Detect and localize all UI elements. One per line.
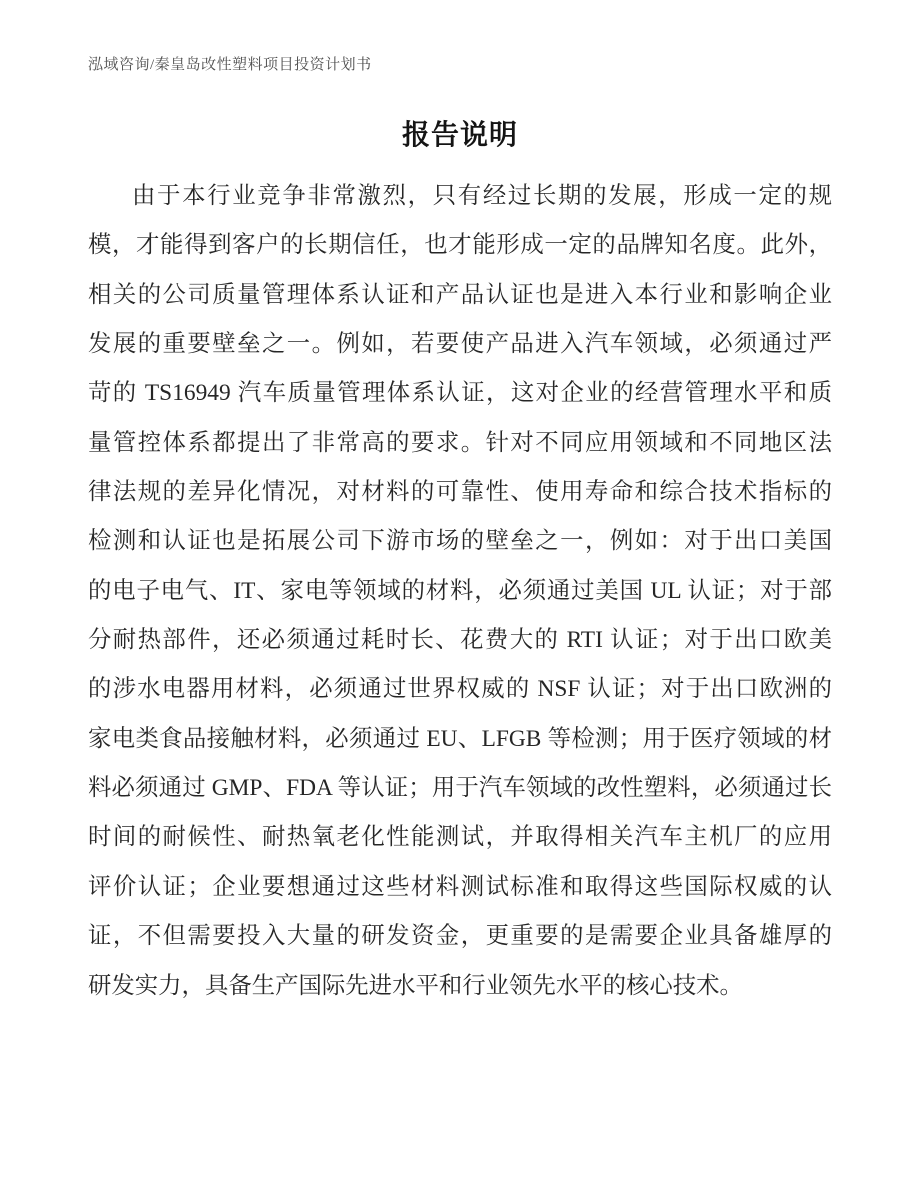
- body-line: 料必须通过 GMP、FDA 等认证；用于汽车领域的改性塑料，必须通过长: [88, 764, 832, 813]
- body-line: 家电类食品接触材料，必须通过 EU、LFGB 等检测；用于医疗领域的材: [88, 715, 832, 764]
- body-line: 证，不但需要投入大量的研发资金，更重要的是需要企业具备雄厚的: [88, 912, 832, 961]
- body-line: 发展的重要壁垒之一。例如，若要使产品进入汽车领域，必须通过严: [88, 320, 832, 369]
- body-line: 时间的耐候性、耐热氧老化性能测试，并取得相关汽车主机厂的应用: [88, 813, 832, 862]
- body-line: 相关的公司质量管理体系认证和产品认证也是进入本行业和影响企业: [88, 271, 832, 320]
- page-title: 报告说明: [0, 118, 920, 154]
- body-line: 分耐热部件，还必须通过耗时长、花费大的 RTI 认证；对于出口欧美: [88, 616, 832, 665]
- body-line: 研发实力，具备生产国际先进水平和行业领先水平的核心技术。: [88, 962, 832, 1011]
- body-line: 评价认证；企业要想通过这些材料测试标准和取得这些国际权威的认: [88, 863, 832, 912]
- body-line: 量管控体系都提出了非常高的要求。针对不同应用领域和不同地区法: [88, 419, 832, 468]
- document-header: 泓域咨询/秦皇岛改性塑料项目投资计划书: [88, 54, 372, 76]
- document-page: 泓域咨询/秦皇岛改性塑料项目投资计划书 报告说明 由于本行业竞争非常激烈，只有经…: [0, 0, 920, 1191]
- body-line: 由于本行业竞争非常激烈，只有经过长期的发展，形成一定的规: [88, 172, 832, 221]
- body-line: 的电子电气、IT、家电等领域的材料，必须通过美国 UL 认证；对于部: [88, 567, 832, 616]
- body-line: 律法规的差异化情况，对材料的可靠性、使用寿命和综合技术指标的: [88, 468, 832, 517]
- body-line: 苛的 TS16949 汽车质量管理体系认证，这对企业的经营管理水平和质: [88, 369, 832, 418]
- body-line: 的涉水电器用材料，必须通过世界权威的 NSF 认证；对于出口欧洲的: [88, 665, 832, 714]
- body-line: 模，才能得到客户的长期信任，也才能形成一定的品牌知名度。此外，: [88, 221, 832, 270]
- body-line: 检测和认证也是拓展公司下游市场的壁垒之一，例如：对于出口美国: [88, 517, 832, 566]
- report-body: 由于本行业竞争非常激烈，只有经过长期的发展，形成一定的规模，才能得到客户的长期信…: [88, 172, 832, 1011]
